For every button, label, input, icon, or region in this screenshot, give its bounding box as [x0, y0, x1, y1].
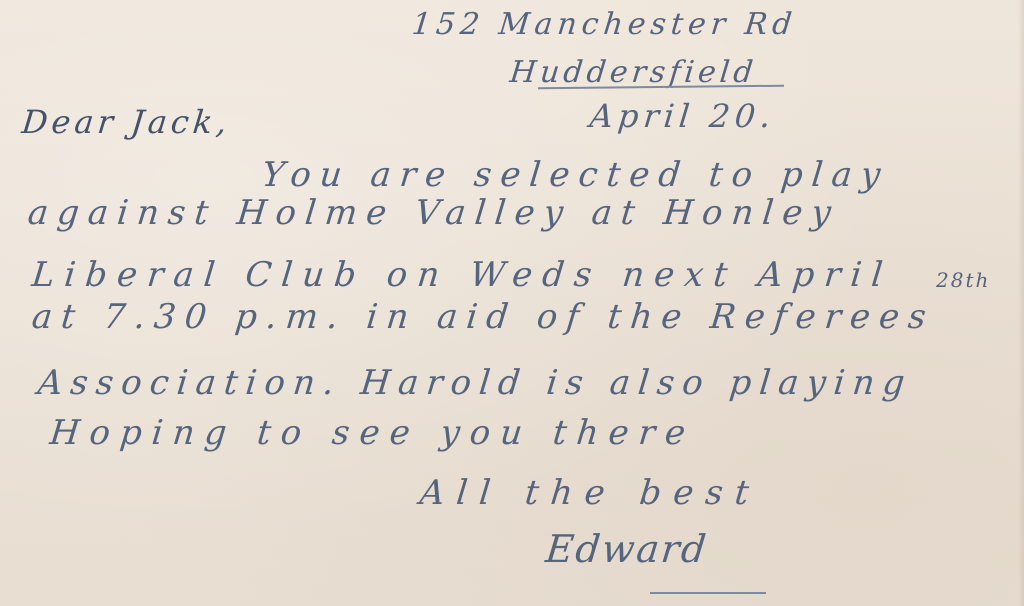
- body-line-5: Association. Harold is also playing: [36, 366, 914, 400]
- signature-underline: [650, 592, 766, 594]
- address-street: 152 Manchester Rd: [410, 10, 798, 40]
- salutation: Dear Jack,: [20, 106, 232, 138]
- body-line-6: Hoping to see you there: [48, 416, 697, 450]
- letter-date: April 20.: [588, 100, 777, 132]
- date-superscript: 28th: [936, 268, 990, 292]
- signature: Edward: [544, 530, 710, 568]
- letter-card: 152 Manchester Rd Huddersfield April 20.…: [0, 0, 1024, 606]
- closing: All the best: [418, 476, 762, 510]
- body-line-1: You are selected to play: [260, 158, 891, 192]
- body-line-4: at 7.30 p.m. in aid of the Referees: [30, 300, 936, 334]
- address-town: Huddersfield: [508, 58, 758, 88]
- body-line-2: against Holme Valley at Honley: [26, 196, 841, 230]
- body-line-3: Liberal Club on Weds next April: [30, 258, 894, 292]
